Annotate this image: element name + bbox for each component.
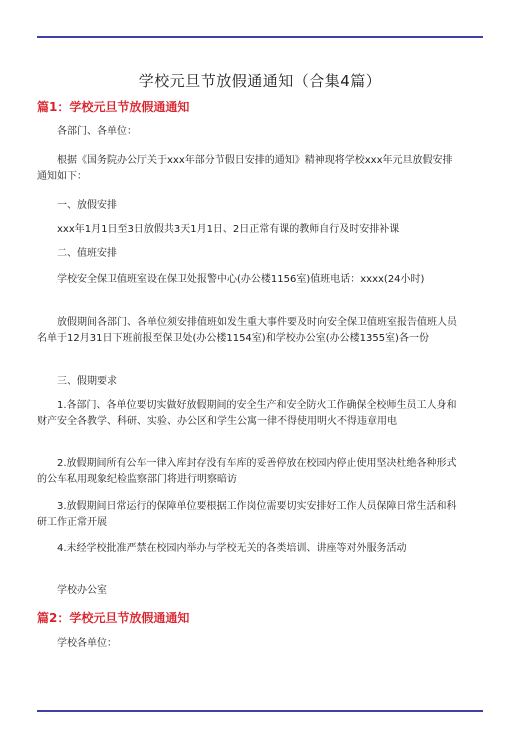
paragraph-text: 三、假期要求 bbox=[57, 376, 117, 387]
paragraph-salutation: 各部门、各单位： bbox=[37, 124, 457, 140]
section-heading-1: 篇1：学校元旦节放假通通知 bbox=[37, 98, 189, 115]
paragraph-signature: 学校办公室 bbox=[37, 583, 457, 599]
paragraph-text: 各部门、各单位： bbox=[57, 126, 137, 137]
bottom-divider bbox=[37, 710, 483, 712]
paragraph-requirement-1: 1.各部门、各单位要切实做好放假期间的安全生产和安全防火工作确保全校师生员工人身… bbox=[37, 398, 457, 430]
paragraph-text: 2.放假期间所有公车一律入库封存没有车库的妥善停放在校园内停止使用坚决杜绝各种形… bbox=[37, 458, 457, 485]
top-divider bbox=[37, 36, 483, 38]
paragraph-text: 学校办公室 bbox=[57, 585, 107, 596]
paragraph-text: 一、放假安排 bbox=[57, 200, 117, 211]
document-title: 学校元旦节放假通通知（合集4篇） bbox=[0, 70, 520, 91]
heading-duty-arrangement: 二、值班安排 bbox=[37, 246, 457, 262]
paragraph-text: 4.未经学校批准严禁在校园内举办与学校无关的各类培训、讲座等对外服务活动 bbox=[57, 543, 407, 554]
heading-holiday-arrangement: 一、放假安排 bbox=[37, 198, 457, 214]
paragraph-duty-room: 学校安全保卫值班室设在保卫处报警中心(办公楼1156室)值班电话：xxxx(24… bbox=[37, 272, 457, 288]
heading-holiday-requirements: 三、假期要求 bbox=[37, 374, 457, 390]
paragraph-duty-report: 放假期间各部门、各单位须安排值班如发生重大事件要及时向安全保卫值班室报告值班人员… bbox=[37, 315, 457, 347]
paragraph-text: xxx年1月1日至3日放假共3天1月1日、2日正常有课的教师自行及时安排补课 bbox=[57, 224, 399, 235]
paragraph-requirement-4: 4.未经学校批准严禁在校园内举办与学校无关的各类培训、讲座等对外服务活动 bbox=[37, 541, 457, 557]
paragraph-text: 3.放假期间日常运行的保障单位要根据工作岗位需要切实安排好工作人员保障日常生活和… bbox=[37, 501, 457, 528]
section-heading-2: 篇2：学校元旦节放假通通知 bbox=[37, 609, 189, 626]
paragraph-holiday-dates: xxx年1月1日至3日放假共3天1月1日、2日正常有课的教师自行及时安排补课 bbox=[37, 222, 457, 238]
paragraph-text: 根据《国务院办公厅关于xxx年部分节假日安排的通知》精神现将学校xxx年元旦放假… bbox=[37, 155, 453, 182]
paragraph-text: 学校安全保卫值班室设在保卫处报警中心(办公楼1156室)值班电话：xxxx(24… bbox=[57, 274, 424, 285]
paragraph-text: 1.各部门、各单位要切实做好放假期间的安全生产和安全防火工作确保全校师生员工人身… bbox=[37, 400, 457, 427]
paragraph-text: 放假期间各部门、各单位须安排值班如发生重大事件要及时向安全保卫值班室报告值班人员… bbox=[37, 317, 457, 344]
paragraph-intro: 根据《国务院办公厅关于xxx年部分节假日安排的通知》精神现将学校xxx年元旦放假… bbox=[37, 153, 457, 185]
paragraph-salutation-2: 学校各单位： bbox=[37, 636, 457, 652]
paragraph-text: 学校各单位： bbox=[57, 638, 117, 649]
paragraph-requirement-3: 3.放假期间日常运行的保障单位要根据工作岗位需要切实安排好工作人员保障日常生活和… bbox=[37, 499, 457, 531]
paragraph-requirement-2: 2.放假期间所有公车一律入库封存没有车库的妥善停放在校园内停止使用坚决杜绝各种形… bbox=[37, 456, 457, 488]
paragraph-text: 二、值班安排 bbox=[57, 248, 117, 259]
